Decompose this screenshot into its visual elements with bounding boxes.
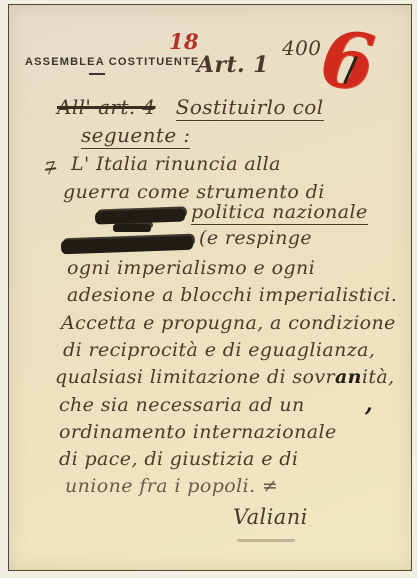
body-line-10: che sia necessaria ad un xyxy=(59,394,305,416)
article-heading: Art. 1 xyxy=(197,52,269,78)
body-line-5: ogni imperialismo e ogni xyxy=(67,257,315,279)
redaction-scribble-2 xyxy=(61,236,193,253)
archival-numeral-red: 6 xyxy=(317,20,378,101)
body-line-2: guerra come strumento di xyxy=(63,181,325,203)
redaction-scribble-1b xyxy=(113,224,151,230)
body-line-8: di reciprocità e di eguaglianza, xyxy=(63,339,375,361)
body-line-13: unione fra i popoli. ≠ xyxy=(65,475,278,497)
struck-instruction: All' art. 4 xyxy=(57,95,155,119)
body-line-4: (e respinge xyxy=(199,227,312,249)
redaction-scribble-1 xyxy=(95,208,185,222)
signature: Valiani xyxy=(233,505,308,529)
red-page-number: 18 xyxy=(169,29,199,54)
body-line-11: ordinamento internazionale xyxy=(59,421,337,443)
instruction-line: All' art. 4 Sostituirlo col xyxy=(57,95,324,119)
body-line-12: di pace, di giustizia e di xyxy=(59,448,298,470)
letterhead-text: ASSEMBLEA COSTITUENTE xyxy=(25,56,200,68)
body-line-7: Accetta e propugna, a condizione xyxy=(61,312,396,334)
scanned-manuscript-page: { "header": { "letterhead": "ASSEMBLEA C… xyxy=(0,0,417,578)
deleted-paragraph-mark: 7 xyxy=(44,158,58,179)
folio-number: 400 xyxy=(282,36,321,60)
sovranita-correction: an xyxy=(335,366,362,388)
replace-instruction: Sostituirlo col xyxy=(176,95,324,121)
body-line-6: adesione a blocchi imperialistici. xyxy=(67,284,397,306)
sovranita-pre: qualsiasi limitazione di sovr xyxy=(55,366,335,388)
sovranita-post: ità, xyxy=(362,366,395,388)
spacer xyxy=(162,95,169,119)
body-line-1: L' Italia rinuncia alla xyxy=(71,153,281,175)
instruction-line-2: seguente : xyxy=(81,123,190,149)
body-line-3: politica nazionale xyxy=(191,201,368,225)
manuscript-paper: ASSEMBLEA COSTITUENTE 18 Art. 1 400 6 Al… xyxy=(8,4,412,571)
inserted-comma: , xyxy=(365,391,373,417)
signature-underline xyxy=(237,539,295,542)
body-line-9: qualsiasi limitazione di sovranità, xyxy=(55,366,395,388)
letterhead-dash xyxy=(89,73,105,75)
